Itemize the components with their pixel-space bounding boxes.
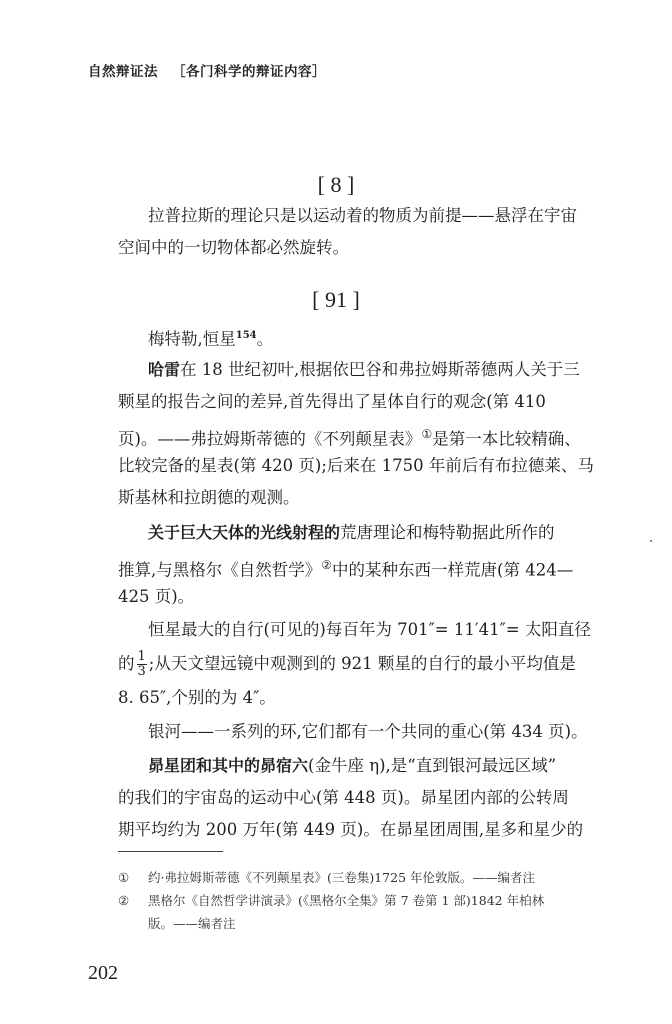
footnote-ref-1: ①: [421, 427, 432, 441]
chapter-title: ［各门科学的辩证内容］: [172, 64, 326, 80]
running-head: 自然辩证法［各门科学的辩证内容］: [88, 60, 326, 80]
scan-speck: [650, 540, 652, 542]
section-number-8: [ 8 ]: [0, 172, 672, 198]
bold-term: 哈雷: [148, 360, 180, 379]
footnote-ref-2: ②: [321, 558, 332, 572]
bold-term: 昴星团和其中的昴宿六: [148, 756, 308, 775]
bold-term: 关于巨大天体的光线射程的: [148, 523, 340, 542]
endnote-ref-154: 154: [236, 330, 257, 341]
section-number-91: [ 91 ]: [0, 287, 672, 313]
page-number: 202: [88, 962, 118, 985]
footnote-marker: ①: [118, 868, 148, 888]
footnote-1: ①约·弗拉姆斯蒂德《不列颠星表》(三卷集)1725 年伦敦版。——编者注: [118, 868, 592, 888]
footnote-divider: [118, 851, 223, 852]
footnote-marker: ②: [118, 891, 148, 911]
book-title: 自然辩证法: [88, 64, 158, 80]
footnote-2: ②黑格尔《自然哲学讲演录》(《黑格尔全集》第 7 卷第 1 部)1842 年柏林…: [118, 891, 592, 934]
fraction-one-third: 13: [137, 650, 147, 679]
